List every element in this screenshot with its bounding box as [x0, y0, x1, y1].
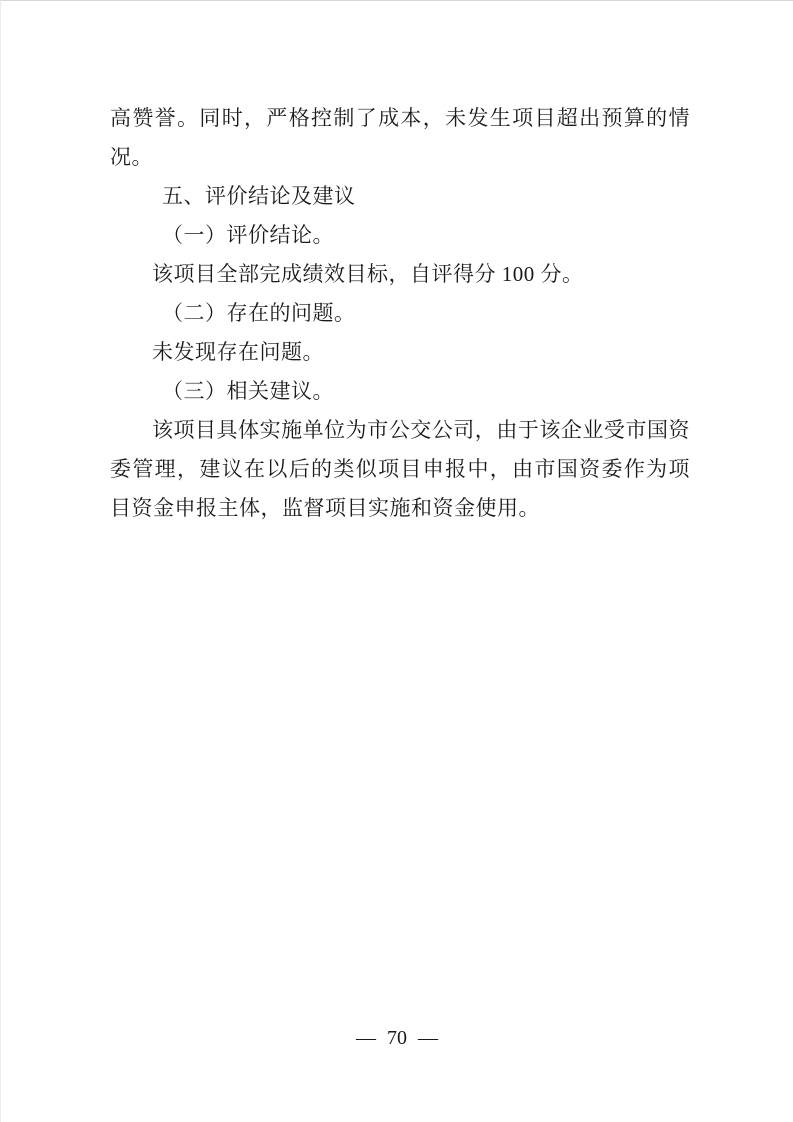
- page-footer: — 70 —: [1, 1025, 793, 1051]
- paragraph-continuation: 高赞誉。同时，严格控制了成本，未发生项目超出预算的情况。: [110, 99, 690, 177]
- subsection-1-body: 该项目全部完成绩效目标，自评得分 100 分。: [110, 255, 690, 294]
- subsection-1-heading: （一）评价结论。: [110, 216, 690, 255]
- subsection-3-body: 该项目具体实施单位为市公交公司，由于该企业受市国资委管理，建议在以后的类似项目申…: [110, 411, 690, 528]
- document-page: 高赞誉。同时，严格控制了成本，未发生项目超出预算的情况。 五、评价结论及建议 （…: [0, 0, 793, 1122]
- subsection-2-body: 未发现存在问题。: [110, 333, 690, 372]
- section-heading: 五、评价结论及建议: [110, 177, 690, 216]
- document-content: 高赞誉。同时，严格控制了成本，未发生项目超出预算的情况。 五、评价结论及建议 （…: [110, 99, 690, 528]
- page-number: — 70 —: [356, 1027, 438, 1049]
- subsection-2-heading: （二）存在的问题。: [110, 294, 690, 333]
- subsection-3-heading: （三）相关建议。: [110, 372, 690, 411]
